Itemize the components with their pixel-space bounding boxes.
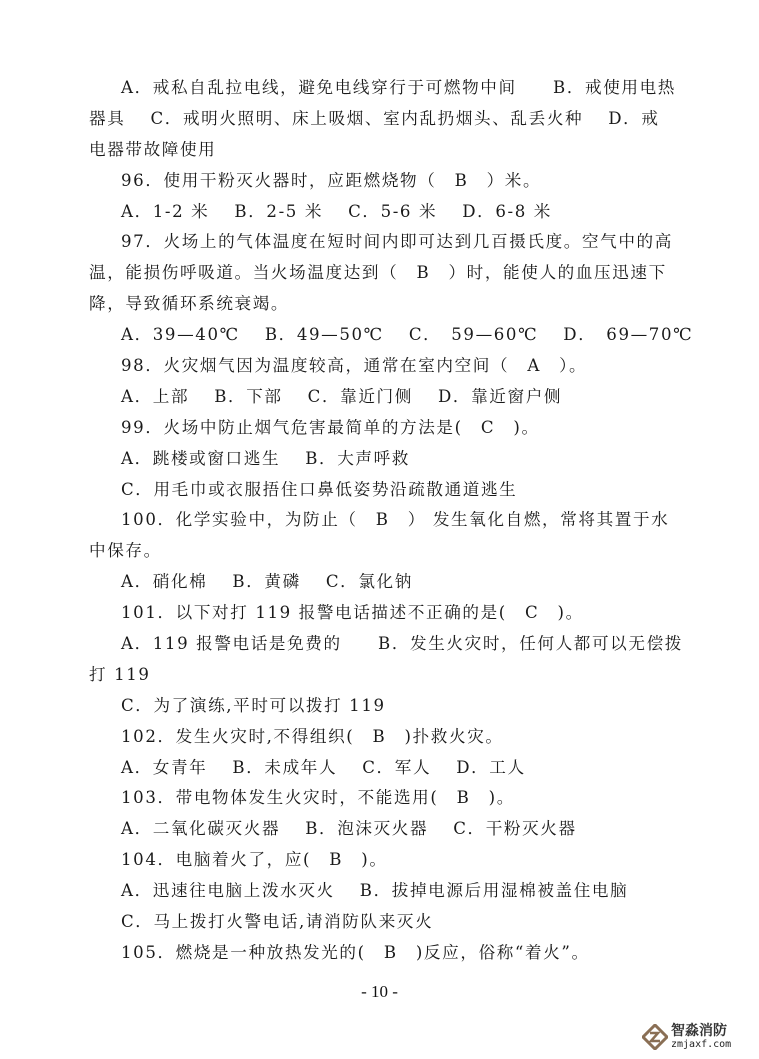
text-line: 器具 C．戒明火照明、床上吸烟、室内乱扔烟头、乱丢火种 D．戒 [89,104,663,135]
question-98: 98．火灾烟气因为温度较高，通常在室内空间（ A ）。 [89,351,663,382]
options-101: C．为了演练,平时可以拨打 119 [89,691,663,722]
question-105: 105．燃烧是一种放热发光的( B )反应，俗称“着火”。 [89,938,663,969]
text-line: 降，导致循环系统衰竭。 [89,289,663,320]
options-98: A．上部 B．下部 C．靠近门侧 D．靠近窗户侧 [89,382,663,413]
question-104: 104．电脑着火了，应( B )。 [89,845,663,876]
question-100: 100．化学实验中，为防止（ B ） 发生氧化自燃，常将其置于水 [89,505,663,536]
question-102: 102．发生火灾时,不得组织( B )扑救火灾。 [89,722,663,753]
diamond-arrow-logo-icon [642,1024,668,1050]
text-line: 温，能损伤呼吸道。当火场温度达到（ B ）时，能使人的血压迅速下 [89,258,663,289]
options-104: A．迅速往电脑上泼水灭火 B．拔掉电源后用湿棉被盖住电脑 [89,876,663,907]
options-102: A．女青年 B．未成年人 C．军人 D．工人 [89,753,663,784]
options-101: A．119 报警电话是免费的 B．发生火灾时，任何人都可以无偿拨 [89,629,663,660]
question-101: 101．以下对打 119 报警电话描述不正确的是( C )。 [89,598,663,629]
options-104: C．马上拨打火警电话,请消防队来灭火 [89,907,663,938]
document-body: A．戒私自乱拉电线，避免电线穿行于可燃物中间 B．戒使用电热 器具 C．戒明火照… [89,73,663,969]
watermark-url: zmjaxf.com [671,1040,731,1050]
options-99: C．用毛巾或衣服捂住口鼻低姿势沿疏散通道逃生 [89,475,663,506]
question-99: 99．火场中防止烟气危害最简单的方法是( C )。 [89,413,663,444]
page-number: - 10 - [0,982,759,1002]
watermark-name: 智淼消防 [671,1024,731,1038]
watermark: 智淼消防 zmjaxf.com [642,1019,752,1055]
options-103: A．二氧化碳灭火器 B．泡沫灭火器 C．干粉灭火器 [89,814,663,845]
text-line: 打 119 [89,660,663,691]
options-99: A．跳楼或窗口逃生 B．大声呼救 [89,444,663,475]
options-100: A．硝化棉 B．黄磷 C．氯化钠 [89,567,663,598]
text-line: A．戒私自乱拉电线，避免电线穿行于可燃物中间 B．戒使用电热 [89,73,663,104]
question-103: 103．带电物体发生火灾时，不能选用( B )。 [89,783,663,814]
text-line: 中保存。 [89,536,663,567]
text-line: 电器带故障使用 [89,135,663,166]
question-97: 97．火场上的气体温度在短时间内即可达到几百摄氏度。空气中的高 [89,227,663,258]
options-96: A．1-2 米 B．2-5 米 C．5-6 米 D．6-8 米 [89,197,663,228]
question-96: 96．使用干粉灭火器时，应距燃烧物（ B ）米。 [89,166,663,197]
options-97: A．39—40℃ B．49—50℃ C． 59—60℃ D． 69—70℃ [89,320,663,351]
